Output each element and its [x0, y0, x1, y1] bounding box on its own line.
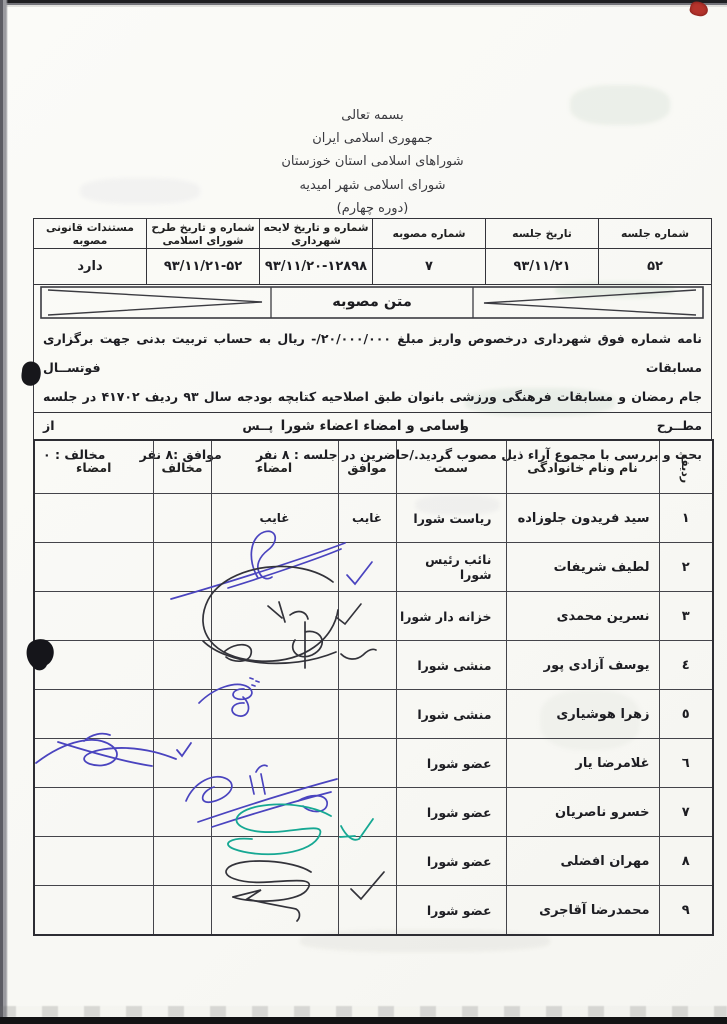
member-name: غلامرضا یار	[506, 739, 659, 788]
member-role: منشی شورا	[396, 690, 506, 739]
member-role: نائب رئیس شورا	[396, 543, 506, 592]
info-col-header: شماره و تاریخ لایحه شهرداری	[260, 219, 373, 249]
member-role: عضو شورا	[396, 837, 506, 886]
member-agree-note	[338, 788, 396, 837]
info-value-row: ۵۲۹۳/۱۱/۲۱۷۹۳/۱۱/۲۰-۱۲۸۹۸۹۳/۱۱/۲۱-۵۲دارد	[34, 249, 712, 285]
member-opposed-note	[153, 543, 211, 592]
info-col-value: ۵۲	[599, 249, 712, 285]
member-signature-cell	[211, 690, 338, 739]
members-col-header: مخالف	[153, 440, 211, 494]
member-name: سید فریدون جلوزاده	[506, 494, 659, 543]
member-role: عضو شورا	[396, 886, 506, 936]
member-role: عضو شورا	[396, 739, 506, 788]
member-num: ۹	[659, 886, 713, 936]
info-col-header: شماره و تاریخ طرح شورای اسلامی	[147, 219, 260, 249]
member-signature-cell	[211, 886, 338, 936]
member-row: ٦غلامرضا یارعضو شورا	[34, 739, 713, 788]
member-row: ۸مهران افضلیعضو شورا	[34, 837, 713, 886]
banner-title: متن مصوبه	[271, 286, 473, 319]
member-num: ۷	[659, 788, 713, 837]
member-row: ٤یوسف آزادی پورمنشی شورا	[34, 641, 713, 690]
republic-line: جمهوری اسلامی ایران	[33, 127, 712, 150]
member-signature-cell	[211, 543, 338, 592]
member-row: ۲لطیف شریفاتنائب رئیس شورا	[34, 543, 713, 592]
members-col-header: موافق	[338, 440, 396, 494]
province-councils-line: شوراهای اسلامی استان خوزستان	[33, 150, 712, 173]
besmeleh-line: بسمه تعالی	[33, 104, 712, 127]
member-name: یوسف آزادی پور	[506, 641, 659, 690]
member-opposed-note	[153, 886, 211, 936]
resolution-section: متن مصوبه نامه شماره فوق شهرداری درخصوص …	[33, 282, 712, 412]
member-signature-cell	[211, 592, 338, 641]
member-opposed-note	[153, 788, 211, 837]
member-signature-cell-2	[34, 543, 153, 592]
info-col-value: ۹۳/۱۱/۲۱-۵۲	[147, 249, 260, 285]
info-col-value: ۷	[373, 249, 486, 285]
member-opposed-note	[153, 690, 211, 739]
members-section-title: اسامی و امضاء اعضاء شورا	[33, 412, 712, 441]
member-name: مهران افضلی	[506, 837, 659, 886]
member-agree-note	[338, 886, 396, 936]
scan-edge-smudge	[0, 1006, 727, 1017]
member-row: ۷خسرو ناصریانعضو شورا	[34, 788, 713, 837]
member-signature-cell-2	[34, 837, 153, 886]
member-name: خسرو ناصریان	[506, 788, 659, 837]
member-opposed-note	[153, 739, 211, 788]
member-name: لطیف شریفات	[506, 543, 659, 592]
member-agree-note: غایب	[338, 494, 396, 543]
member-signature-cell	[211, 739, 338, 788]
info-col-header: مستندات قانونی مصوبه	[34, 219, 147, 249]
member-row: ۱سید فریدون جلوزادهریاست شوراغایبغایب	[34, 494, 713, 543]
member-agree-note	[338, 739, 396, 788]
letterhead: بسمه تعالی جمهوری اسلامی ایران شوراهای ا…	[33, 104, 712, 220]
members-col-header: سمت	[396, 440, 506, 494]
member-signature-cell-2	[34, 690, 153, 739]
members-col-header: امضاء	[211, 440, 338, 494]
member-num: ۱	[659, 494, 713, 543]
member-agree-note	[338, 690, 396, 739]
info-col-value: دارد	[34, 249, 147, 285]
member-agree-note	[338, 641, 396, 690]
info-col-value: ۹۳/۱۱/۲۰-۱۲۸۹۸	[260, 249, 373, 285]
info-col-header: تاریخ جلسه	[486, 219, 599, 249]
member-name: محمدرضا آقاجری	[506, 886, 659, 936]
member-name: زهرا هوشیاری	[506, 690, 659, 739]
info-col-header: شماره جلسه	[599, 219, 712, 249]
members-col-header: نام ونام خانوادگی	[506, 440, 659, 494]
scanned-document-page: بسمه تعالی جمهوری اسلامی ایران شوراهای ا…	[0, 0, 727, 1024]
member-opposed-note	[153, 837, 211, 886]
member-signature-cell-2	[34, 592, 153, 641]
member-role: عضو شورا	[396, 788, 506, 837]
member-signature-cell-2	[34, 494, 153, 543]
member-row: ٥زهرا هوشیاریمنشی شورا	[34, 690, 713, 739]
member-num: ٤	[659, 641, 713, 690]
member-signature-cell	[211, 788, 338, 837]
member-row: ۳نسرین محمدیخزانه دار شورا	[34, 592, 713, 641]
member-signature-cell-2	[34, 739, 153, 788]
member-name: نسرین محمدی	[506, 592, 659, 641]
member-signature-cell	[211, 837, 338, 886]
info-col-value: ۹۳/۱۱/۲۱	[486, 249, 599, 285]
member-signature-cell-2	[34, 788, 153, 837]
info-table: شماره جلسهتاریخ جلسهشماره مصوبهشماره و ت…	[33, 218, 712, 285]
member-signature-cell	[211, 641, 338, 690]
member-role: منشی شورا	[396, 641, 506, 690]
member-agree-note	[338, 592, 396, 641]
scan-edge-bottom	[0, 1017, 727, 1024]
member-row: ۹محمدرضا آقاجریعضو شورا	[34, 886, 713, 936]
term-line: (دوره چهارم)	[33, 197, 712, 220]
member-num: ٦	[659, 739, 713, 788]
member-signature-cell: غایب	[211, 494, 338, 543]
member-opposed-note	[153, 592, 211, 641]
members-col-header: ردیف	[659, 440, 713, 494]
member-opposed-note	[153, 641, 211, 690]
member-opposed-note	[153, 494, 211, 543]
member-role: ریاست شورا	[396, 494, 506, 543]
member-agree-note	[338, 837, 396, 886]
info-col-header: شماره مصوبه	[373, 219, 486, 249]
member-num: ٥	[659, 690, 713, 739]
resolution-line-1: نامه شماره فوق شهرداری درخصوص واریز مبلغ…	[43, 324, 702, 382]
resolution-banner: متن مصوبه	[40, 286, 704, 319]
member-num: ۲	[659, 543, 713, 592]
member-num: ۳	[659, 592, 713, 641]
member-agree-note	[338, 543, 396, 592]
scan-edge-top	[0, 0, 727, 7]
amount-value: -/۲۰/۰۰۰/۰۰۰	[311, 331, 391, 346]
member-num: ۸	[659, 837, 713, 886]
members-col-header: امضاء	[34, 440, 153, 494]
scan-edge-left	[0, 0, 8, 1024]
member-signature-cell-2	[34, 641, 153, 690]
members-table: ردیفنام ونام خانوادگیسمتموافقامضاءمخالفا…	[33, 439, 714, 936]
member-signature-cell-2	[34, 886, 153, 936]
city-council-line: شورای اسلامی شهر امیدیه	[33, 174, 712, 197]
info-header-row: شماره جلسهتاریخ جلسهشماره مصوبهشماره و ت…	[34, 219, 712, 249]
member-role: خزانه دار شورا	[396, 592, 506, 641]
members-header-row: ردیفنام ونام خانوادگیسمتموافقامضاءمخالفا…	[34, 440, 713, 494]
